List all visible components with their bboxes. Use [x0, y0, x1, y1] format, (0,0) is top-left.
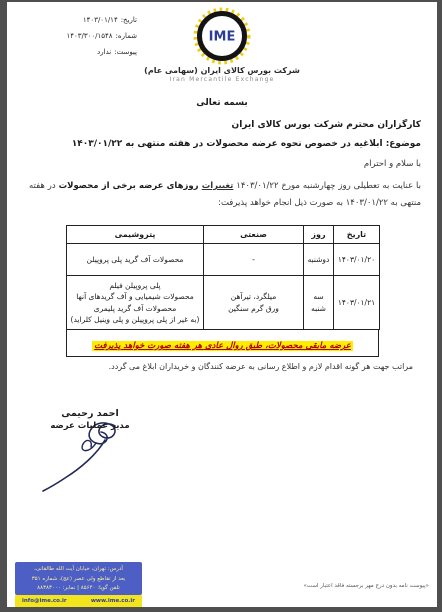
highlighted-note-text: عرضه مابقی محصولات، طبق روال عادی هر هفت…	[92, 341, 353, 351]
document-viewer: تاریخ:۱۴۰۳/۰۱/۱۴ شماره:۱۴۰۳/۳۰۰/۱۵۴۸ پیو…	[0, 0, 442, 612]
footer-links-bar: info@ime.co.ir www.ime.co.ir	[15, 595, 142, 607]
table-header-row: تاریخ روز صنعتی پتروشیمی	[67, 226, 380, 244]
cell-date: ۱۴۰۳/۰۱/۲۱	[334, 276, 380, 330]
header-date: تاریخ	[334, 226, 380, 244]
header-industrial: صنعتی	[204, 226, 304, 244]
footer-website: www.ime.co.ir	[91, 598, 135, 604]
signature-block: احمد رحیمی مدیر عملیات عرضه	[40, 408, 140, 431]
subject-line: موضوع: ابلاغیه در خصوص نحوه عرضه محصولات…	[29, 139, 421, 149]
cell-day: دوشنبه	[304, 244, 334, 276]
company-name-fa: شرکت بورس کالای ایران (سهامی عام)	[132, 66, 312, 75]
main-paragraph: با عنایت به تعطیلی روز چهارشنبه مورخ ۱۴۰…	[29, 178, 421, 212]
meta-date: تاریخ:۱۴۰۳/۰۱/۱۴	[23, 12, 137, 28]
letter-body: کارگزاران محترم شرکت بورس کالای ایران مو…	[29, 120, 421, 212]
header-day: روز	[304, 226, 334, 244]
signer-name: احمد رحیمی	[40, 408, 140, 419]
ime-logo-icon: IME	[193, 7, 251, 65]
greeting-line: با سلام و احترام	[29, 159, 421, 169]
cell-industrial: میلگرد، تیرآهن ورق گرم سنگین	[204, 276, 304, 330]
cell-petrochemical: محصولات آف گرید پلی پروپیلن	[67, 244, 204, 276]
cell-industrial: -	[204, 244, 304, 276]
salutation-line: کارگزاران محترم شرکت بورس کالای ایران	[29, 120, 421, 130]
cell-petrochemical: پلی پروپیلن فیلم محصولات شیمیایی و آف گر…	[67, 276, 204, 330]
letter-meta: تاریخ:۱۴۰۳/۰۱/۱۴ شماره:۱۴۰۳/۳۰۰/۱۵۴۸ پیو…	[23, 12, 137, 60]
meta-number-value: ۱۴۰۳/۳۰۰/۱۵۴۸	[66, 32, 112, 40]
seal-disclaimer: «پیوست نامه بدون درج مهر برجسته فاقد اعت…	[244, 583, 429, 589]
besmeleh-heading: بسمه تعالی	[7, 98, 437, 108]
meta-attachment-value: ندارد	[97, 48, 111, 56]
table-row: ۱۴۰۳/۰۱/۲۱ سه شنبه میلگرد، تیرآهن ورق گر…	[67, 276, 380, 330]
signer-title: مدیر عملیات عرضه	[40, 421, 140, 431]
closing-line: مراتب جهت هر گونه اقدام لازم و اطلاع رسا…	[29, 362, 413, 371]
cell-day: سه شنبه	[304, 276, 334, 330]
table-row: ۱۴۰۳/۰۱/۲۰ دوشنبه - محصولات آف گرید پلی …	[67, 244, 380, 276]
cell-date: ۱۴۰۳/۰۱/۲۰	[334, 244, 380, 276]
company-name-en: Iran Mercantile Exchange	[132, 76, 312, 83]
supply-schedule-table: تاریخ روز صنعتی پتروشیمی ۱۴۰۳/۰۱/۲۰ دوشن…	[66, 225, 379, 330]
para-seg2: تغییرات	[202, 181, 234, 191]
meta-attachment: پیوست:ندارد	[23, 44, 137, 60]
meta-number: شماره:۱۴۰۳/۳۰۰/۱۵۴۸	[23, 28, 137, 44]
footer-address-line2: بعد از تقاطع ولی عصر (عج)، شماره ۳۵۱	[15, 575, 142, 585]
footer-address-line1: آدرس: تهران، خیابان آیت الله طالقانی،	[15, 565, 142, 575]
header-petrochemical: پتروشیمی	[67, 226, 204, 244]
highlighted-note-box: عرضه مابقی محصولات، طبق روال عادی هر هفت…	[66, 329, 379, 357]
footer-address-box: آدرس: تهران، خیابان آیت الله طالقانی، بع…	[15, 562, 142, 595]
para-seg3: روزهای عرضه برخی از محصولات	[59, 181, 202, 191]
footer-phone-line: تلفن گویا: ۸۵۶۴۰ | نمابر: ۸۸۳۸۳۰۰۰	[15, 584, 142, 594]
ime-logo: IME شرکت بورس کالای ایران (سهامی عام) Ir…	[132, 7, 312, 83]
para-seg1: با عنایت به تعطیلی روز چهارشنبه مورخ ۱۴۰…	[233, 181, 421, 191]
footer-email: info@ime.co.ir	[22, 598, 67, 604]
letter-page: تاریخ:۱۴۰۳/۰۱/۱۴ شماره:۱۴۰۳/۳۰۰/۱۵۴۸ پیو…	[7, 2, 437, 607]
svg-text:IME: IME	[209, 30, 236, 45]
meta-date-value: ۱۴۰۳/۰۱/۱۴	[83, 16, 118, 24]
